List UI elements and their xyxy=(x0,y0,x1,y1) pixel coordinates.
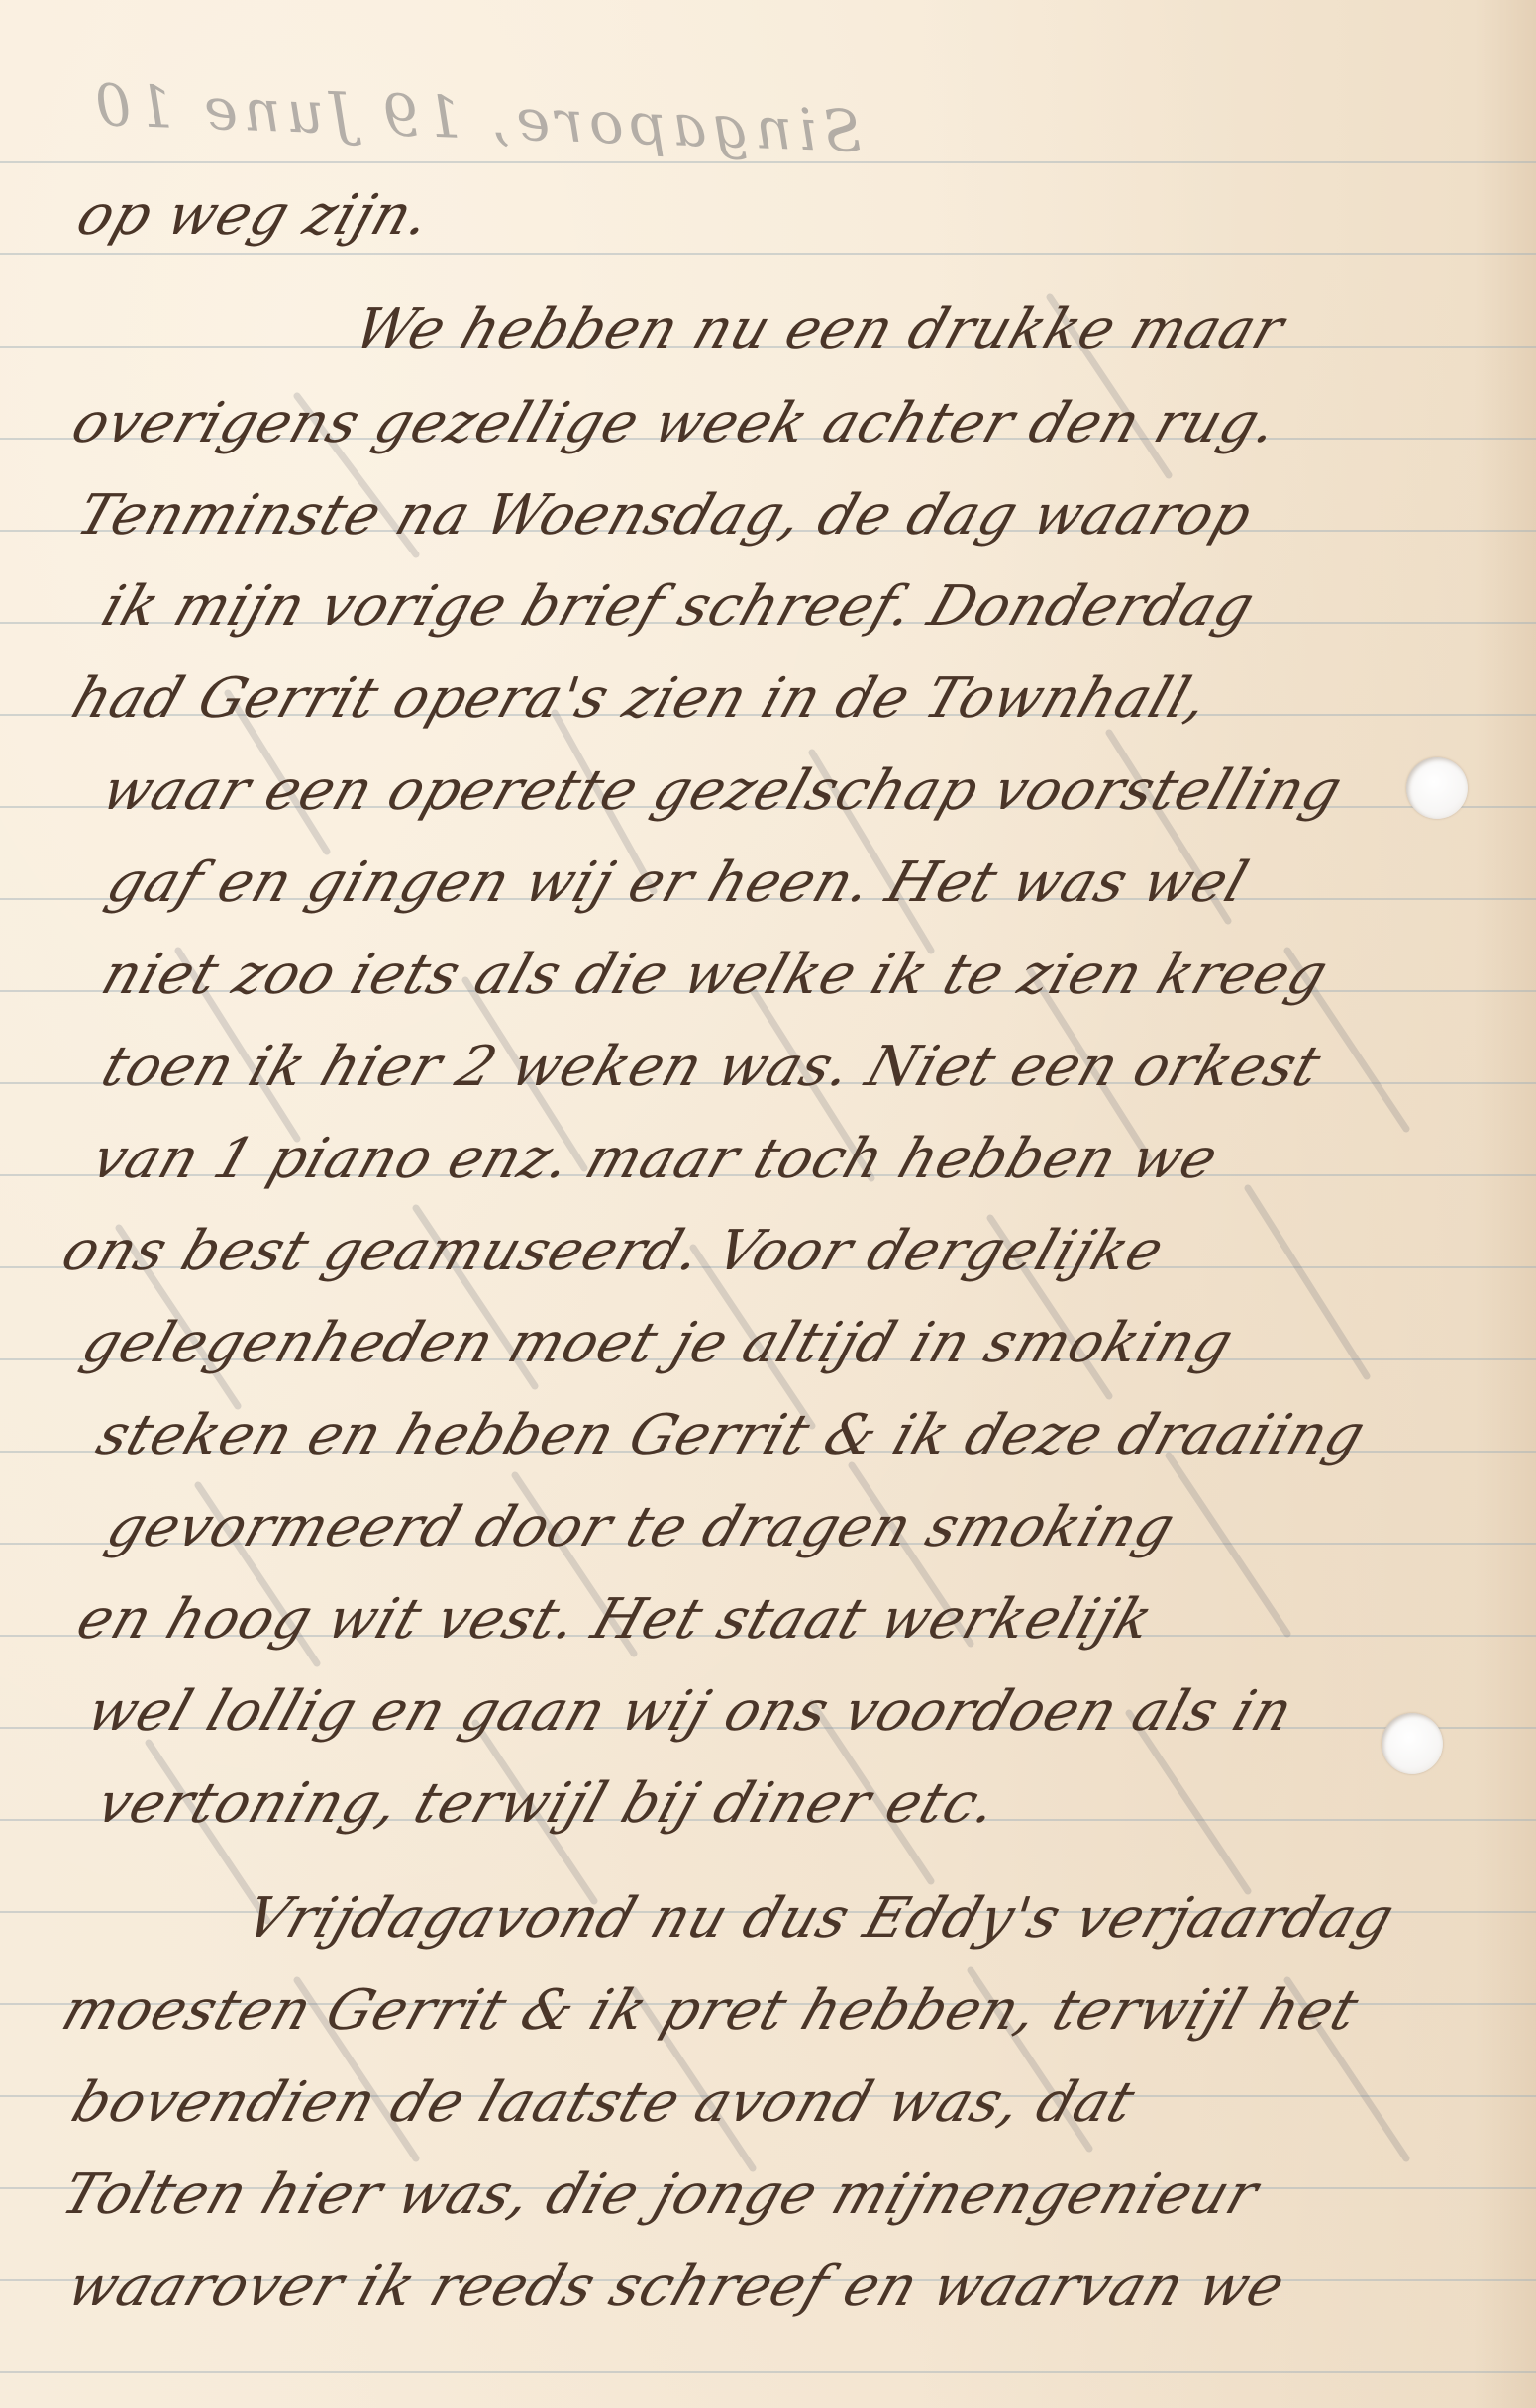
letter-paper: Singapore, 19 June 10 op weg zijn. We he… xyxy=(0,0,1536,2408)
letter-line: Tenminste na Woensdag, de dag waarop xyxy=(69,483,1261,548)
letter-line: vertoning, terwijl bij diner etc. xyxy=(89,1771,1006,1836)
ruled-line xyxy=(0,253,1536,255)
bleed-through-heading: Singapore, 19 June 10 xyxy=(88,71,864,165)
letter-line: We hebben nu een drukke maar xyxy=(347,297,1292,361)
letter-line: ons best geamuseerd. Voor dergelijke xyxy=(54,1219,1173,1283)
letter-line: toen ik hier 2 weken was. Niet een orkes… xyxy=(94,1035,1329,1099)
letter-line: gelegenheden moet je altijd in smoking xyxy=(74,1311,1242,1375)
letter-line: moesten Gerrit & ik pret hebben, terwijl… xyxy=(54,1978,1367,2043)
letter-line: en hoog wit vest. Het staat werkelijk xyxy=(69,1587,1162,1652)
letter-line: bovendien de laatste avond was, dat xyxy=(64,2070,1143,2135)
letter-line: niet zoo iets als die welke ik te zien k… xyxy=(94,943,1336,1007)
upper-punch-hole xyxy=(1406,757,1468,819)
letter-line: waar een operette gezelschap voorstellin… xyxy=(94,758,1351,823)
letter-line: steken en hebben Gerrit & ik deze draaii… xyxy=(89,1403,1374,1467)
letter-line: gevormeerd door te dragen smoking xyxy=(99,1495,1182,1559)
letter-line: waarover ik reeds schreef en waarvan we xyxy=(59,2255,1293,2319)
letter-line: ik mijn vorige brief schreef. Donderdag xyxy=(94,574,1263,639)
letter-line: had Gerrit opera's zien in de Townhall, xyxy=(64,666,1217,731)
ruled-line xyxy=(0,2371,1536,2373)
letter-line: Vrijdagavond nu dus Eddy's verjaardag xyxy=(238,1886,1402,1951)
letter-line: wel lollig en gaan wij ons voordoen als … xyxy=(79,1679,1301,1744)
letter-line: op weg zijn. xyxy=(69,183,440,248)
letter-line: Tolten hier was, die jonge mijnengenieur xyxy=(54,2162,1267,2227)
letter-line: overigens gezellige week achter den rug. xyxy=(64,391,1286,455)
letter-line: gaf en gingen wij er heen. Het was wel xyxy=(99,851,1256,915)
letter-line: van 1 piano enz. maar toch hebben we xyxy=(84,1127,1226,1191)
lower-punch-hole xyxy=(1382,1713,1443,1774)
